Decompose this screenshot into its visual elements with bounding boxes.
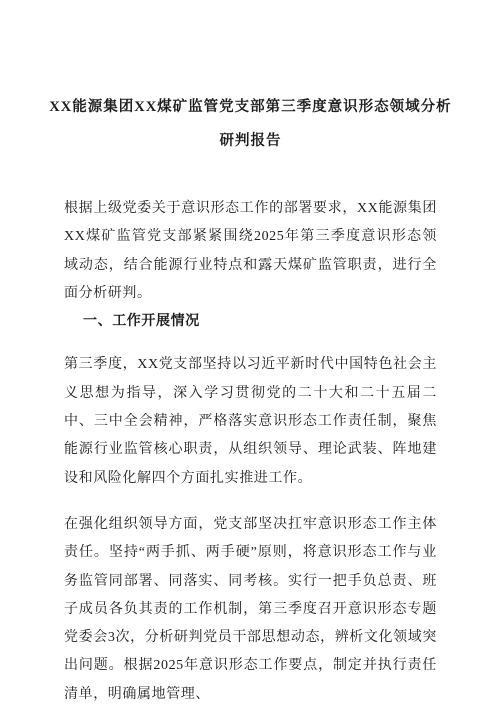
paragraph-quarter-overview: 第三季度，XX党支部坚持以习近平新时代中国特色社会主义思想为指导，深入学习贯彻党… xyxy=(64,351,437,492)
section-1-heading: 一、工作开展情况 xyxy=(64,308,437,336)
paragraph-organizational-leadership: 在强化组织领导方面，党支部坚决扛牢意识形态工作主体责任。坚持“两手抓、两手硬”原… xyxy=(64,511,437,708)
document-title: XX能源集团XX煤矿监管党支部第三季度意识形态领域分析研判报告 xyxy=(48,90,453,158)
paragraph-intro: 根据上级党委关于意识形态工作的部署要求，XX能源集团XX煤矿监管党支部紧紧围绕2… xyxy=(64,195,437,308)
document-page: XX能源集团XX煤矿监管党支部第三季度意识形态领域分析研判报告 根据上级党委关于… xyxy=(0,0,500,708)
